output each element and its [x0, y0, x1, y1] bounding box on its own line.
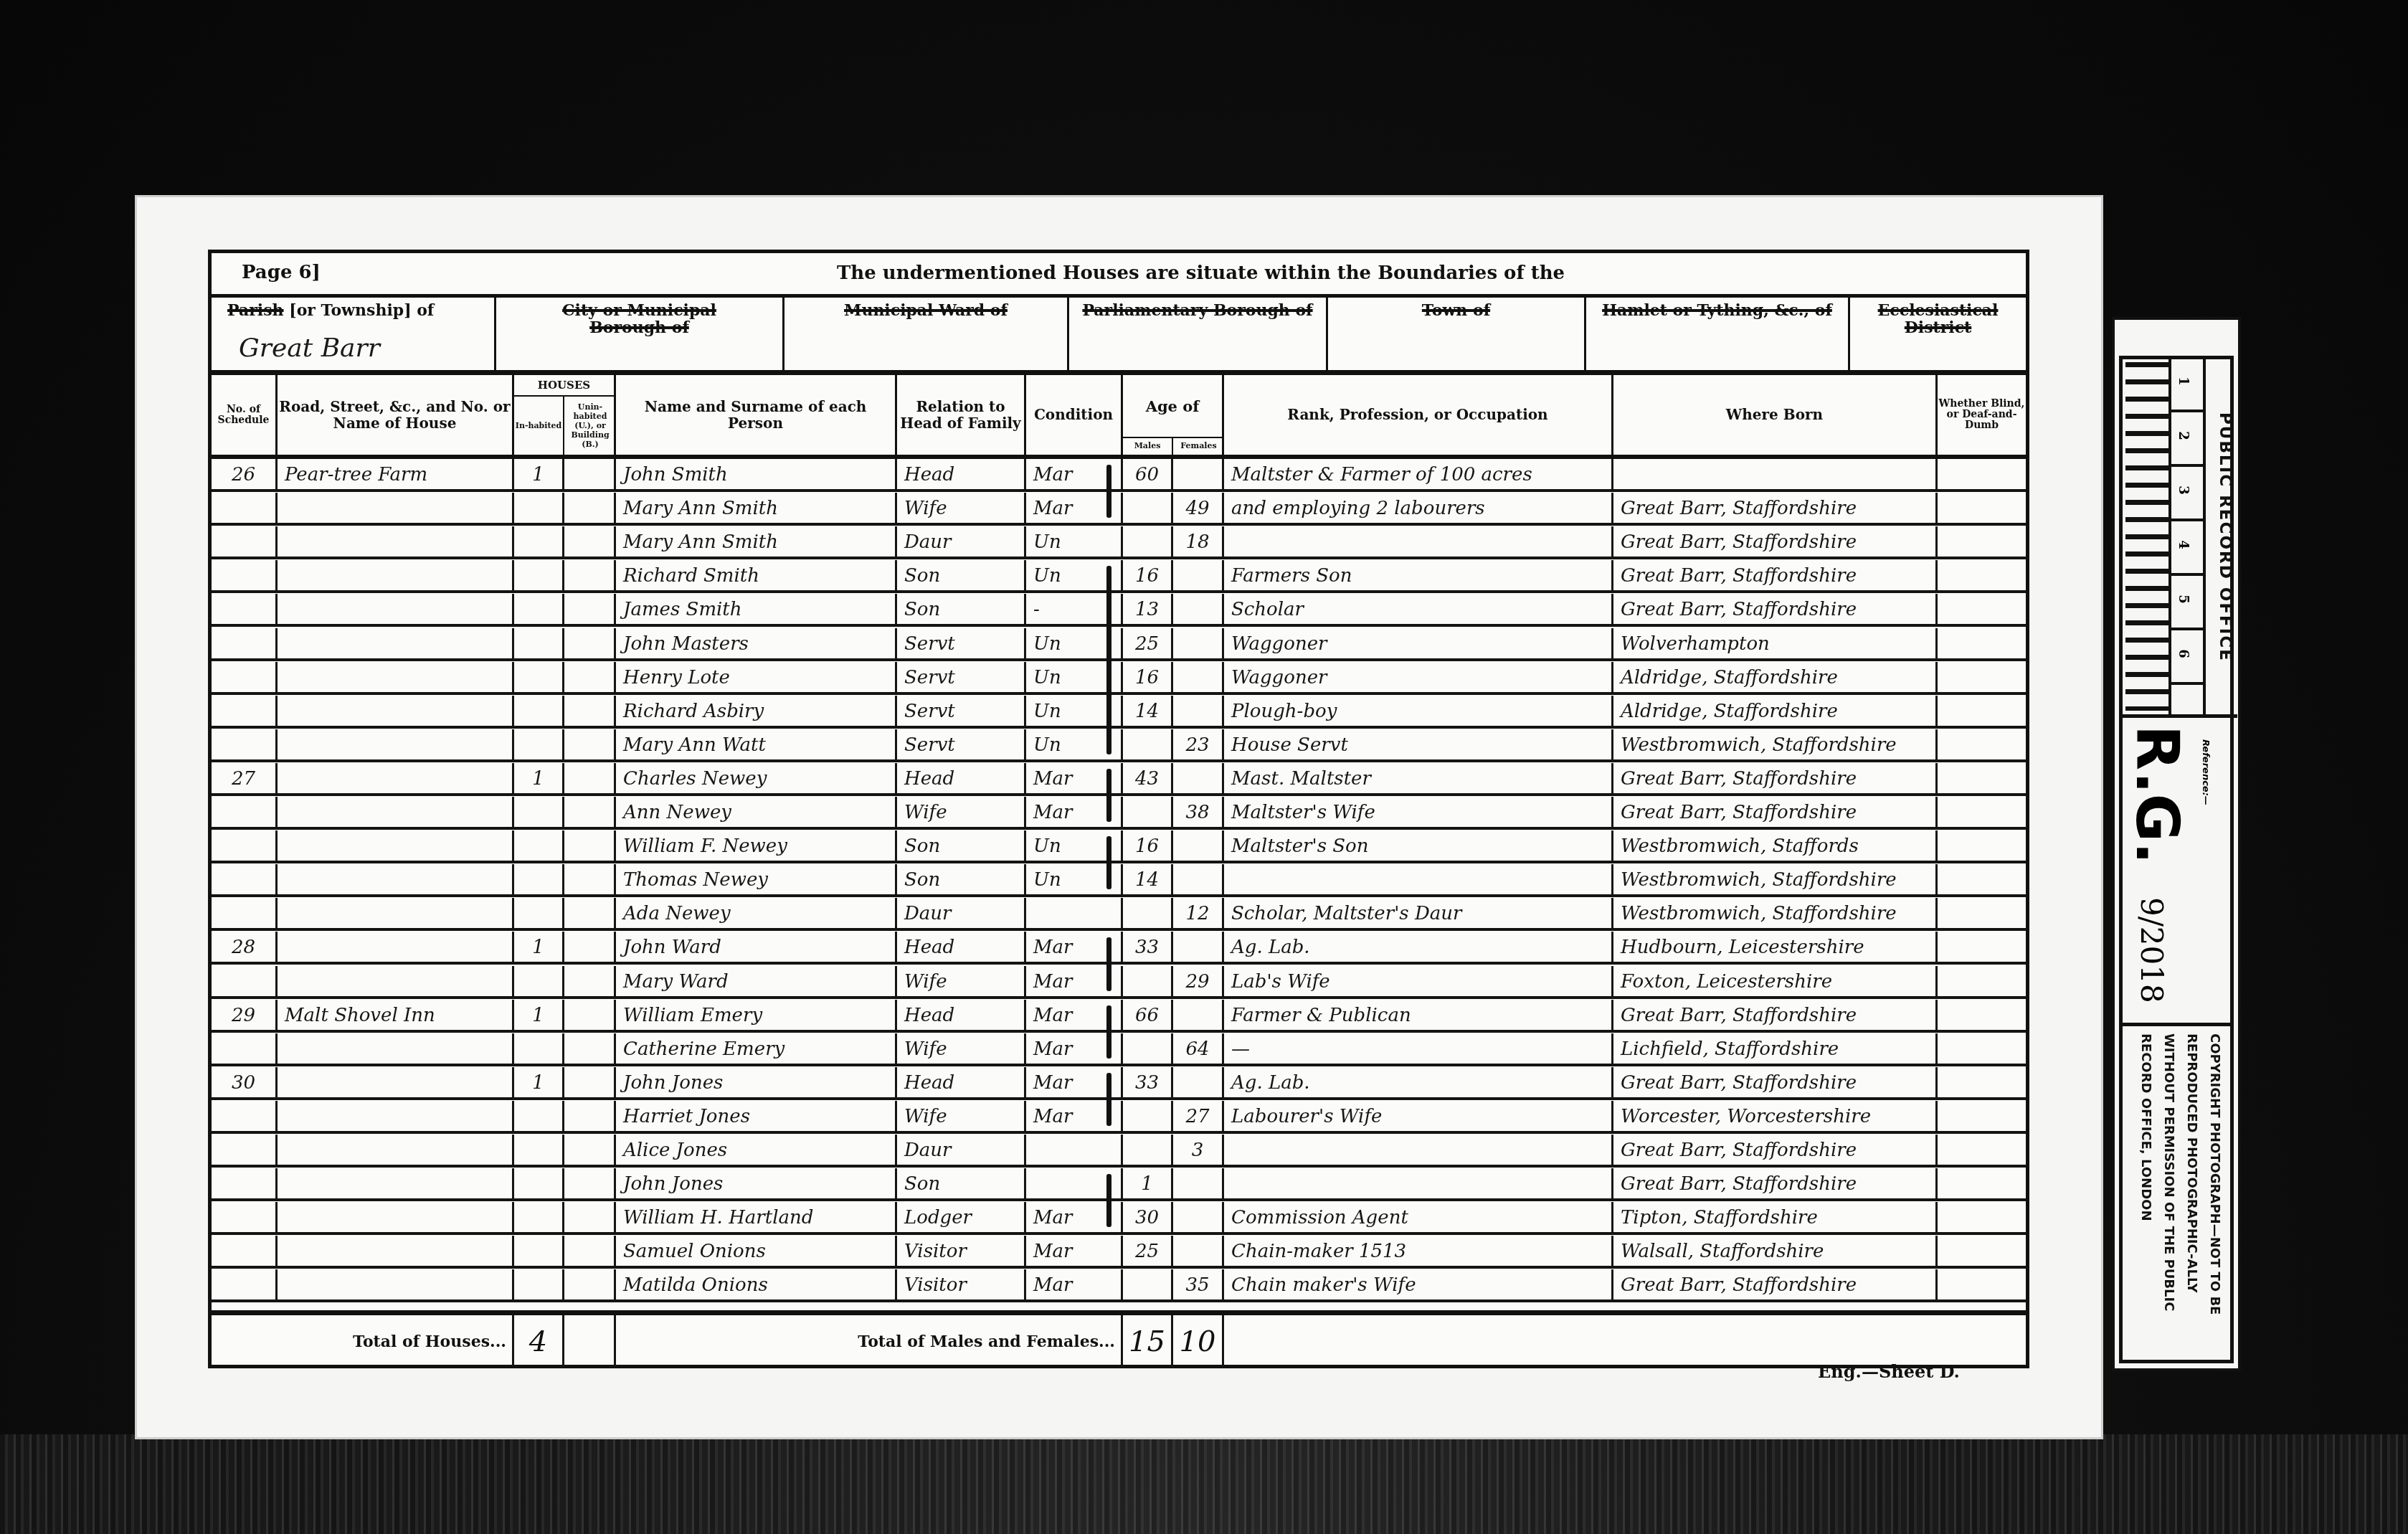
- cell-where-born: Great Barr, Staffordshire: [1613, 1135, 1938, 1165]
- cell-name: John Smith: [616, 459, 897, 489]
- cell-uninhabited: [564, 1033, 616, 1064]
- cell-occupation: Waggoner: [1224, 662, 1613, 692]
- cell-blind: [1938, 459, 2026, 489]
- cell-schedule: 27: [212, 763, 278, 793]
- cell-schedule: [212, 1269, 278, 1299]
- cell-schedule: [212, 1135, 278, 1165]
- cell-uninhabited: [564, 1202, 616, 1232]
- cell-inhabited: [514, 1236, 564, 1266]
- cell-schedule: [212, 1202, 278, 1232]
- cell-blind: [1938, 560, 2026, 590]
- cell-road: [278, 560, 514, 590]
- district-parliamentary-borough: Parliamentary Borough of: [1069, 298, 1328, 370]
- table-row: William F. NeweySonUn16Maltster's SonWes…: [212, 830, 2026, 863]
- cell-female-age: [1173, 1202, 1224, 1232]
- cell-relation: Visitor: [897, 1269, 1026, 1299]
- cell-inhabited: [514, 729, 564, 759]
- cell-uninhabited: [564, 628, 616, 658]
- cell-schedule: [212, 729, 278, 759]
- table-row: Matilda OnionsVisitorMar35Chain maker's …: [212, 1269, 2026, 1302]
- cell-name: Samuel Onions: [616, 1236, 897, 1266]
- district-row: Parish [or Township] of Great Barr City …: [212, 298, 2026, 375]
- table-row: Richard SmithSonUn16Farmers SonGreat Bar…: [212, 560, 2026, 593]
- census-sheet: Page 6] The undermentioned Houses are si…: [208, 250, 2029, 1368]
- copyright-notice: COPYRIGHT PHOTOGRAPH—NOT TO BE REPRODUCE…: [2128, 1033, 2226, 1356]
- table-row: 271Charles NeweyHeadMar43Mast. MaltsterG…: [212, 763, 2026, 796]
- cell-occupation: Maltster & Farmer of 100 acres: [1224, 459, 1613, 489]
- cell-uninhabited: [564, 1269, 616, 1299]
- cell-male-age: 25: [1123, 1236, 1173, 1266]
- cell-relation: Visitor: [897, 1236, 1026, 1266]
- cell-uninhabited: [564, 493, 616, 523]
- cell-occupation: Ag. Lab.: [1224, 932, 1613, 962]
- cell-road: Pear-tree Farm: [278, 459, 514, 489]
- cell-inhabited: [514, 864, 564, 894]
- cell-name: Charles Newey: [616, 763, 897, 793]
- cell-inhabited: [514, 830, 564, 861]
- cell-where-born: Worcester, Worcestershire: [1613, 1101, 1938, 1131]
- reference-label: Reference:—: [2200, 739, 2211, 805]
- cell-female-age: 3: [1173, 1135, 1224, 1165]
- table-row: 281John WardHeadMar33Ag. Lab.Hudbourn, L…: [212, 932, 2026, 965]
- cell-uninhabited: [564, 662, 616, 692]
- cell-inhabited: 1: [514, 1067, 564, 1097]
- cell-male-age: [1123, 797, 1173, 827]
- cell-name: Mary Ann Smith: [616, 493, 897, 523]
- district-ecclesiastical: Ecclesiastical District: [1850, 298, 2026, 370]
- cell-male-age: 43: [1123, 763, 1173, 793]
- cell-road: [278, 1067, 514, 1097]
- cell-relation: Head: [897, 1067, 1026, 1097]
- table-row: Ann NeweyWifeMar38Maltster's WifeGreat B…: [212, 797, 2026, 830]
- cell-inhabited: [514, 1202, 564, 1232]
- total-males: 15: [1123, 1315, 1173, 1368]
- cell-occupation: Ag. Lab.: [1224, 1067, 1613, 1097]
- cell-relation: Servt: [897, 696, 1026, 726]
- cell-occupation: Labourer's Wife: [1224, 1101, 1613, 1131]
- cell-uninhabited: [564, 526, 616, 557]
- cell-where-born: Westbromwich, Staffordshire: [1613, 729, 1938, 759]
- cell-name: Mary Ann Smith: [616, 526, 897, 557]
- cell-road: [278, 1168, 514, 1198]
- column-header-row: No. of Schedule Road, Street, &c., and N…: [212, 375, 2026, 459]
- ruler-divider: [2171, 628, 2203, 630]
- cell-inhabited: [514, 898, 564, 928]
- cell-name: William H. Hartland: [616, 1202, 897, 1232]
- cell-female-age: 23: [1173, 729, 1224, 759]
- cell-uninhabited: [564, 797, 616, 827]
- cell-relation: Wife: [897, 1033, 1026, 1064]
- table-row: Mary Ann SmithDaurUn18Great Barr, Staffo…: [212, 526, 2026, 559]
- cell-occupation: and employing 2 labourers: [1224, 493, 1613, 523]
- cell-relation: Wife: [897, 797, 1026, 827]
- cell-blind: [1938, 1033, 2026, 1064]
- cell-blind: [1938, 594, 2026, 624]
- cell-road: [278, 898, 514, 928]
- cell-schedule: [212, 628, 278, 658]
- cell-male-age: 30: [1123, 1202, 1173, 1232]
- col-blind-deaf: Whether Blind, or Deaf-and-Dumb: [1938, 375, 2026, 455]
- cell-blind: [1938, 729, 2026, 759]
- ruler-number: 4: [2176, 540, 2191, 549]
- cell-blind: [1938, 1236, 2026, 1266]
- ruler-number: 2: [2176, 431, 2191, 440]
- cell-road: [278, 763, 514, 793]
- cell-uninhabited: [564, 932, 616, 962]
- cell-relation: Son: [897, 560, 1026, 590]
- district-town: Town of: [1328, 298, 1586, 370]
- cell-male-age: [1123, 1135, 1173, 1165]
- cell-female-age: 12: [1173, 898, 1224, 928]
- cell-inhabited: 1: [514, 1000, 564, 1030]
- cell-blind: [1938, 1269, 2026, 1299]
- total-females: 10: [1173, 1315, 1224, 1368]
- cell-uninhabited: [564, 1135, 616, 1165]
- cell-name: James Smith: [616, 594, 897, 624]
- cell-occupation: [1224, 1135, 1613, 1165]
- cell-relation: Daur: [897, 526, 1026, 557]
- office-title: PUBLIC RECORD OFFICE: [2207, 359, 2234, 714]
- cell-name: Henry Lote: [616, 662, 897, 692]
- cell-road: [278, 966, 514, 996]
- cell-name: Alice Jones: [616, 1135, 897, 1165]
- cell-relation: Servt: [897, 729, 1026, 759]
- ruler-number: 3: [2176, 486, 2191, 495]
- cell-name: William F. Newey: [616, 830, 897, 861]
- cell-male-age: [1123, 526, 1173, 557]
- cell-blind: [1938, 763, 2026, 793]
- total-houses-value: 4: [514, 1315, 564, 1368]
- cell-blind: [1938, 628, 2026, 658]
- cell-relation: Head: [897, 763, 1026, 793]
- cell-blind: [1938, 696, 2026, 726]
- cell-schedule: [212, 560, 278, 590]
- cell-male-age: 16: [1123, 662, 1173, 692]
- cell-where-born: Westbromwich, Staffords: [1613, 830, 1938, 861]
- township-value: Great Barr: [239, 333, 380, 363]
- cell-inhabited: 1: [514, 932, 564, 962]
- totals-row: Total of Houses... 4 Total of Males and …: [212, 1310, 2026, 1368]
- cell-relation: Daur: [897, 898, 1026, 928]
- cell-uninhabited: [564, 560, 616, 590]
- cell-female-age: [1173, 1067, 1224, 1097]
- cell-relation: Head: [897, 1000, 1026, 1030]
- cell-female-age: [1173, 1236, 1224, 1266]
- cell-male-age: 14: [1123, 696, 1173, 726]
- tally-mark: [1106, 836, 1111, 889]
- cell-name: Mary Ann Watt: [616, 729, 897, 759]
- cell-schedule: [212, 830, 278, 861]
- cell-road: [278, 1101, 514, 1131]
- cell-condition: [1026, 898, 1123, 928]
- total-houses-label: Total of Houses...: [212, 1315, 514, 1368]
- cell-male-age: [1123, 1033, 1173, 1064]
- tally-mark: [1106, 465, 1111, 518]
- cell-schedule: [212, 864, 278, 894]
- reference-block: Reference:— R.G. 9/2018: [2123, 718, 2230, 1026]
- cell-blind: [1938, 1168, 2026, 1198]
- cell-uninhabited: [564, 459, 616, 489]
- cell-inhabited: [514, 594, 564, 624]
- cell-male-age: 33: [1123, 1067, 1173, 1097]
- table-row: Mary Ann WattServtUn23House ServtWestbro…: [212, 729, 2026, 762]
- cell-female-age: [1173, 696, 1224, 726]
- cell-name: Harriet Jones: [616, 1101, 897, 1131]
- cell-uninhabited: [564, 729, 616, 759]
- cell-inhabited: [514, 493, 564, 523]
- cell-relation: Lodger: [897, 1202, 1026, 1232]
- cell-schedule: [212, 966, 278, 996]
- table-row: Catherine EmeryWifeMar64—Lichfield, Staf…: [212, 1033, 2026, 1066]
- col-schedule: No. of Schedule: [212, 375, 278, 455]
- cell-blind: [1938, 898, 2026, 928]
- col-houses: HOUSES In-habited Unin-habited (U.), or …: [514, 375, 616, 455]
- cell-inhabited: [514, 662, 564, 692]
- district-hamlet: Hamlet or Tything, &c., of: [1586, 298, 1850, 370]
- cell-male-age: [1123, 966, 1173, 996]
- cell-blind: [1938, 797, 2026, 827]
- cell-female-age: 38: [1173, 797, 1224, 827]
- cell-where-born: Great Barr, Staffordshire: [1613, 560, 1938, 590]
- cell-name: John Jones: [616, 1168, 897, 1198]
- cell-where-born: Walsall, Staffordshire: [1613, 1236, 1938, 1266]
- cell-male-age: 60: [1123, 459, 1173, 489]
- cell-occupation: [1224, 1168, 1613, 1198]
- cell-inhabited: [514, 797, 564, 827]
- cell-name: Thomas Newey: [616, 864, 897, 894]
- cell-male-age: 13: [1123, 594, 1173, 624]
- sheet-label: Eng.—Sheet D.: [1818, 1361, 1960, 1382]
- cell-schedule: [212, 1101, 278, 1131]
- reference-prefix: R.G.: [2127, 725, 2186, 864]
- cell-uninhabited: [564, 898, 616, 928]
- cell-female-age: [1173, 459, 1224, 489]
- cell-occupation: Commission Agent: [1224, 1202, 1613, 1232]
- cell-inhabited: 1: [514, 459, 564, 489]
- tally-mark: [1106, 566, 1111, 754]
- district-municipal-borough: City or Municipal Borough of: [496, 298, 785, 370]
- cell-road: [278, 864, 514, 894]
- cell-where-born: Foxton, Leicestershire: [1613, 966, 1938, 996]
- cell-where-born: Great Barr, Staffordshire: [1613, 1067, 1938, 1097]
- cell-female-age: [1173, 763, 1224, 793]
- page-header-row: Page 6] The undermentioned Houses are si…: [212, 253, 2026, 298]
- cell-schedule: [212, 797, 278, 827]
- cell-road: [278, 1269, 514, 1299]
- cell-relation: Wife: [897, 966, 1026, 996]
- cell-male-age: [1123, 898, 1173, 928]
- cell-blind: [1938, 662, 2026, 692]
- cell-name: Richard Asbiry: [616, 696, 897, 726]
- cell-male-age: 14: [1123, 864, 1173, 894]
- cell-occupation: Farmers Son: [1224, 560, 1613, 590]
- cell-female-age: 64: [1173, 1033, 1224, 1064]
- cell-schedule: 29: [212, 1000, 278, 1030]
- cell-occupation: Waggoner: [1224, 628, 1613, 658]
- table-row: William H. HartlandLodgerMar30Commission…: [212, 1202, 2026, 1235]
- cell-schedule: [212, 526, 278, 557]
- cell-inhabited: 1: [514, 763, 564, 793]
- cell-road: [278, 729, 514, 759]
- cell-where-born: Wolverhampton: [1613, 628, 1938, 658]
- cell-occupation: Plough-boy: [1224, 696, 1613, 726]
- cell-relation: Head: [897, 932, 1026, 962]
- cell-name: Ann Newey: [616, 797, 897, 827]
- cell-occupation: Farmer & Publican: [1224, 1000, 1613, 1030]
- cell-where-born: Hudbourn, Leicestershire: [1613, 932, 1938, 962]
- cell-inhabited: [514, 628, 564, 658]
- cell-inhabited: [514, 966, 564, 996]
- cell-inhabited: [514, 1168, 564, 1198]
- cell-blind: [1938, 830, 2026, 861]
- cell-uninhabited: [564, 1101, 616, 1131]
- ruler-ticks: [2125, 362, 2168, 711]
- cell-road: [278, 1033, 514, 1064]
- cell-name: Richard Smith: [616, 560, 897, 590]
- cell-relation: Servt: [897, 662, 1026, 692]
- cell-female-age: 35: [1173, 1269, 1224, 1299]
- cell-road: [278, 493, 514, 523]
- cell-female-age: [1173, 1000, 1224, 1030]
- cell-relation: Daur: [897, 1135, 1026, 1165]
- reference-number: 9/2018: [2134, 897, 2169, 1003]
- cell-condition: Mar: [1026, 1269, 1123, 1299]
- cell-blind: [1938, 1135, 2026, 1165]
- ruler-divider: [2171, 409, 2203, 412]
- tally-mark: [1106, 1073, 1111, 1126]
- cell-schedule: [212, 898, 278, 928]
- cell-female-age: [1173, 560, 1224, 590]
- cell-female-age: [1173, 662, 1224, 692]
- cell-road: [278, 696, 514, 726]
- cell-where-born: Great Barr, Staffordshire: [1613, 763, 1938, 793]
- cell-blind: [1938, 526, 2026, 557]
- cell-inhabited: [514, 1269, 564, 1299]
- cell-road: [278, 526, 514, 557]
- cell-occupation: Lab's Wife: [1224, 966, 1613, 996]
- cell-where-born: Aldridge, Staffordshire: [1613, 696, 1938, 726]
- table-row: Samuel OnionsVisitorMar25Chain-maker 151…: [212, 1236, 2026, 1269]
- cell-where-born: Great Barr, Staffordshire: [1613, 1000, 1938, 1030]
- cell-female-age: [1173, 594, 1224, 624]
- cell-male-age: 25: [1123, 628, 1173, 658]
- cell-road: [278, 797, 514, 827]
- scale-ruler: 123456 PUBLIC RECORD OFFICE: [2123, 359, 2237, 718]
- cell-schedule: [212, 662, 278, 692]
- cell-male-age: 66: [1123, 1000, 1173, 1030]
- cell-male-age: [1123, 1101, 1173, 1131]
- cell-blind: [1938, 932, 2026, 962]
- cell-inhabited: [514, 696, 564, 726]
- cell-where-born: [1613, 459, 1938, 489]
- cell-road: [278, 662, 514, 692]
- cell-male-age: 16: [1123, 830, 1173, 861]
- cell-occupation: House Servt: [1224, 729, 1613, 759]
- cell-occupation: Chain-maker 1513: [1224, 1236, 1613, 1266]
- cell-uninhabited: [564, 1000, 616, 1030]
- cell-relation: Son: [897, 594, 1026, 624]
- col-age: Age of Males Females: [1123, 375, 1224, 455]
- cell-occupation: —: [1224, 1033, 1613, 1064]
- ruler-number: 1: [2176, 377, 2191, 386]
- cell-road: [278, 1236, 514, 1266]
- cell-relation: Wife: [897, 493, 1026, 523]
- cell-occupation: Scholar: [1224, 594, 1613, 624]
- cell-where-born: Westbromwich, Staffordshire: [1613, 864, 1938, 894]
- district-township: Parish [or Township] of Great Barr: [212, 298, 496, 370]
- cell-condition: [1026, 1135, 1123, 1165]
- table-row: 301John JonesHeadMar33Ag. Lab.Great Barr…: [212, 1067, 2026, 1100]
- cell-female-age: 18: [1173, 526, 1224, 557]
- cell-name: Matilda Onions: [616, 1269, 897, 1299]
- table-row: Richard AsbiryServtUn14Plough-boyAldridg…: [212, 696, 2026, 729]
- cell-road: [278, 830, 514, 861]
- cell-female-age: [1173, 932, 1224, 962]
- cell-name: Ada Newey: [616, 898, 897, 928]
- ruler-divider: [2171, 464, 2203, 467]
- cell-inhabited: [514, 526, 564, 557]
- cell-blind: [1938, 493, 2026, 523]
- cell-inhabited: [514, 560, 564, 590]
- cell-blind: [1938, 1067, 2026, 1097]
- cell-schedule: 26: [212, 459, 278, 489]
- table-row: 26Pear-tree Farm1John SmithHeadMar60Malt…: [212, 459, 2026, 492]
- cell-schedule: [212, 1236, 278, 1266]
- cell-where-born: Great Barr, Staffordshire: [1613, 526, 1938, 557]
- scan-edge-noise: [0, 1434, 2408, 1534]
- cell-name: John Masters: [616, 628, 897, 658]
- col-occupation: Rank, Profession, or Occupation: [1224, 375, 1613, 455]
- public-record-office-label: 123456 PUBLIC RECORD OFFICE Reference:— …: [2112, 317, 2241, 1371]
- table-row: John MastersServtUn25WaggonerWolverhampt…: [212, 628, 2026, 661]
- ruler-number: 5: [2176, 595, 2191, 604]
- cell-blind: [1938, 966, 2026, 996]
- cell-road: [278, 932, 514, 962]
- table-row: Thomas NeweySonUn14Westbromwich, Staffor…: [212, 864, 2026, 897]
- cell-occupation: Maltster's Son: [1224, 830, 1613, 861]
- tally-mark: [1106, 1174, 1111, 1227]
- cell-where-born: Tipton, Staffordshire: [1613, 1202, 1938, 1232]
- table-row: James SmithSon-13ScholarGreat Barr, Staf…: [212, 594, 2026, 627]
- cell-blind: [1938, 1101, 2026, 1131]
- cell-inhabited: [514, 1101, 564, 1131]
- table-row: Ada NeweyDaur12Scholar, Maltster's DaurW…: [212, 898, 2026, 931]
- total-persons-label: Total of Males and Females...: [616, 1315, 1123, 1368]
- ruler-divider: [2171, 519, 2203, 521]
- ruler-divider: [2171, 682, 2203, 685]
- cell-schedule: [212, 493, 278, 523]
- cell-male-age: 16: [1123, 560, 1173, 590]
- cell-male-age: 33: [1123, 932, 1173, 962]
- table-row: Harriet JonesWifeMar27Labourer's WifeWor…: [212, 1101, 2026, 1134]
- cell-occupation: [1224, 864, 1613, 894]
- col-name: Name and Surname of each Person: [616, 375, 897, 455]
- table-row: John JonesSon1Great Barr, Staffordshire: [212, 1168, 2026, 1201]
- cell-female-age: 49: [1173, 493, 1224, 523]
- cell-schedule: [212, 696, 278, 726]
- cell-condition: Mar: [1026, 1236, 1123, 1266]
- cell-occupation: Maltster's Wife: [1224, 797, 1613, 827]
- cell-where-born: Great Barr, Staffordshire: [1613, 797, 1938, 827]
- col-condition: Condition: [1026, 375, 1123, 455]
- cell-male-age: 1: [1123, 1168, 1173, 1198]
- cell-road: [278, 594, 514, 624]
- cell-uninhabited: [564, 594, 616, 624]
- cell-name: William Emery: [616, 1000, 897, 1030]
- cell-relation: Son: [897, 864, 1026, 894]
- cell-relation: Head: [897, 459, 1026, 489]
- cell-female-age: [1173, 864, 1224, 894]
